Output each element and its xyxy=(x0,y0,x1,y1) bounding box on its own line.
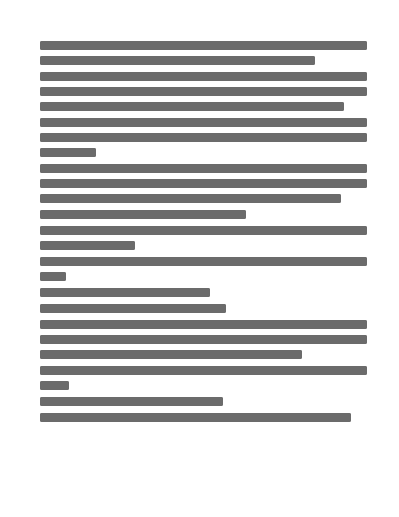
document-page: Sexually explicit narrative text redacte… xyxy=(0,0,399,517)
redacted-text-line xyxy=(40,288,210,297)
redacted-text-line xyxy=(40,381,69,390)
redacted-paragraph-narration xyxy=(40,320,367,359)
redacted-text-line xyxy=(40,350,302,359)
redacted-text-line xyxy=(40,257,367,266)
redacted-paragraph-narration xyxy=(40,164,367,203)
redacted-text-line xyxy=(40,320,367,329)
redacted-text-line xyxy=(40,335,367,344)
redacted-text-line xyxy=(40,133,367,142)
redacted-text-line xyxy=(40,56,315,65)
redacted-paragraph-narration xyxy=(40,226,367,250)
redacted-text-line xyxy=(40,272,66,281)
redacted-text-line xyxy=(40,72,367,81)
redacted-text-line xyxy=(40,179,367,188)
redacted-text-line xyxy=(40,366,367,375)
redacted-paragraph-narration xyxy=(40,72,367,111)
redacted-paragraph-narration xyxy=(40,366,367,390)
redacted-text-line xyxy=(40,194,341,203)
redacted-text-line xyxy=(40,148,96,157)
redacted-text-line xyxy=(40,87,367,96)
redacted-text-line xyxy=(40,102,344,111)
text-flow xyxy=(40,41,367,422)
redacted-text-line xyxy=(40,413,351,422)
redacted-text-line xyxy=(40,164,367,173)
redacted-text-line xyxy=(40,397,223,406)
redacted-paragraph-narration xyxy=(40,41,367,65)
redacted-text-line xyxy=(40,304,226,313)
redacted-text-line xyxy=(40,118,367,127)
redacted-text-line xyxy=(40,241,135,250)
redacted-paragraph-sound-effect xyxy=(40,397,367,406)
redacted-paragraph-dialogue xyxy=(40,210,367,219)
redacted-paragraph-sound-effect xyxy=(40,288,367,297)
redacted-text-line xyxy=(40,226,367,235)
redacted-paragraph-dialogue xyxy=(40,304,367,313)
redacted-paragraph-dialogue xyxy=(40,413,367,422)
redacted-paragraph-narration xyxy=(40,257,367,281)
redacted-paragraph-dialogue xyxy=(40,118,367,157)
redacted-text-line xyxy=(40,41,367,50)
redacted-text-line xyxy=(40,210,246,219)
